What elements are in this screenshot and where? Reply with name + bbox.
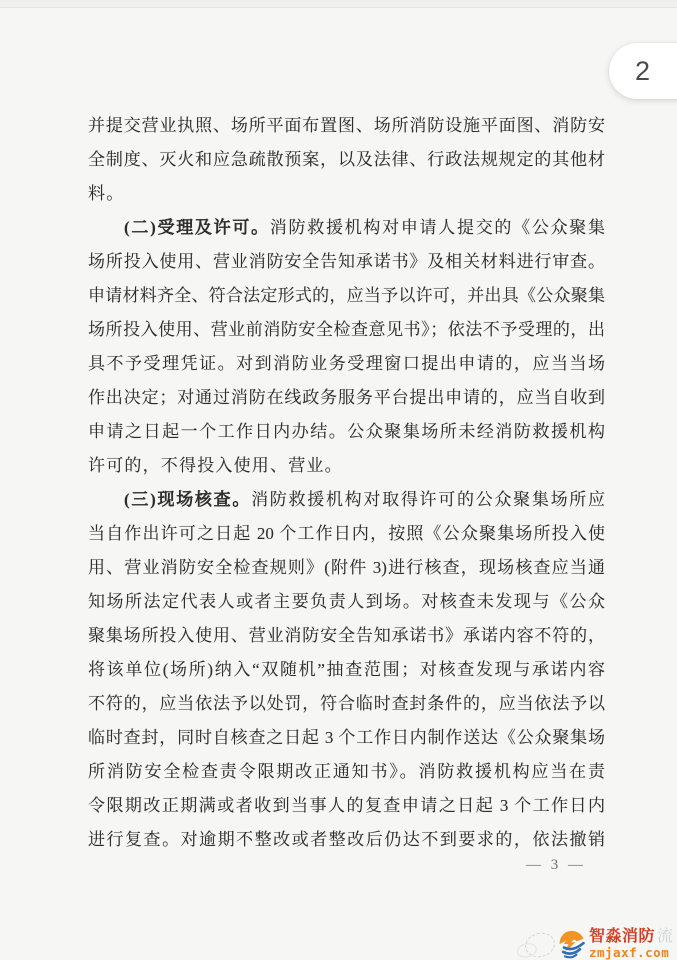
doc-line: 进行复查。对逾期不整改或者整改后仍达不到要求的，依法撤销	[88, 823, 605, 857]
document-viewer-page: 2 并提交营业执照、场所平面布置图、场所消防设施平面图、消防安全制度、灭火和应急…	[0, 0, 677, 960]
doc-line: 并提交营业执照、场所平面布置图、场所消防设施平面图、消防安	[88, 109, 605, 143]
doc-line: (二)受理及许可。消防救援机构对申请人提交的《公众聚集	[88, 211, 605, 245]
doc-line: 场所投入使用、营业前消防安全检查意见书》；依法不予受理的，出	[88, 313, 605, 347]
brand-domain: zmjaxf.com	[589, 947, 673, 960]
watermark-text: 智淼消防 流 zmjaxf.com	[589, 929, 673, 960]
watermark-ghost-char: 流	[657, 929, 673, 945]
doc-line: 申请材料齐全、符合法定形式的，应当予以许可，并出具《公众聚集	[88, 279, 605, 313]
doc-line: 具不予受理凭证。对到消防业务受理窗口提出申请的，应当当场	[88, 347, 605, 381]
doc-line: 场所投入使用、营业消防安全告知承诺书》及相关材料进行审查。	[88, 245, 605, 279]
doc-line: 不符的，应当依法予以处罚，符合临时查封条件的，应当依法予以	[88, 687, 605, 721]
doc-line: 料。	[88, 177, 605, 211]
page-indicator-number: 2	[635, 56, 650, 87]
doc-line: 许可的，不得投入使用、营业。	[88, 449, 605, 483]
zhimiao-logo-icon	[557, 929, 587, 959]
page-number: — 3 —	[500, 857, 612, 874]
doc-line: 用、营业消防安全检查规则》(附件 3)进行核查，现场核查应当通	[88, 551, 605, 585]
top-edge-strip	[0, 0, 677, 8]
document-body: 并提交营业执照、场所平面布置图、场所消防设施平面图、消防安全制度、灭火和应急疏散…	[88, 109, 605, 857]
paragraph-lead: (二)受理及许可。	[124, 218, 270, 237]
doc-line: 作出决定；对通过消防在线政务服务平台提出申请的，应当自收到	[88, 381, 605, 415]
doc-line: 所消防安全检查责令限期改正通知书》。消防救援机构应当在责	[88, 755, 605, 789]
page-indicator-badge[interactable]: 2	[609, 43, 677, 99]
doc-line: 令限期改正期满或者收到当事人的复查申请之日起 3 个工作日内	[88, 789, 605, 823]
doc-line: 知场所法定代表人或者主要负责人到场。对核查未发现与《公众	[88, 585, 605, 619]
brand-name: 智淼消防	[589, 929, 655, 945]
watermark-logo: 智淼消防 流 zmjaxf.com	[557, 929, 673, 960]
paragraph-lead: (三)现场核查。	[124, 490, 251, 509]
doc-line: 申请之日起一个工作日内办结。公众聚集场所未经消防救援机构	[88, 415, 605, 449]
doc-line: 临时查封，同时自核查之日起 3 个工作日内制作送达《公众聚集场	[88, 721, 605, 755]
watermark-ghost	[523, 929, 558, 960]
doc-line: 全制度、灭火和应急疏散预案，以及法律、行政法规规定的其他材	[88, 143, 605, 177]
doc-line: 聚集场所投入使用、营业消防安全告知承诺书》承诺内容不符的，	[88, 619, 605, 653]
doc-line: 将该单位(场所)纳入“双随机”抽查范围；对核查发现与承诺内容	[88, 653, 605, 687]
doc-line: 当自作出许可之日起 20 个工作日内，按照《公众聚集场所投入使	[88, 517, 605, 551]
doc-line: (三)现场核查。消防救援机构对取得许可的公众聚集场所应	[88, 483, 605, 517]
